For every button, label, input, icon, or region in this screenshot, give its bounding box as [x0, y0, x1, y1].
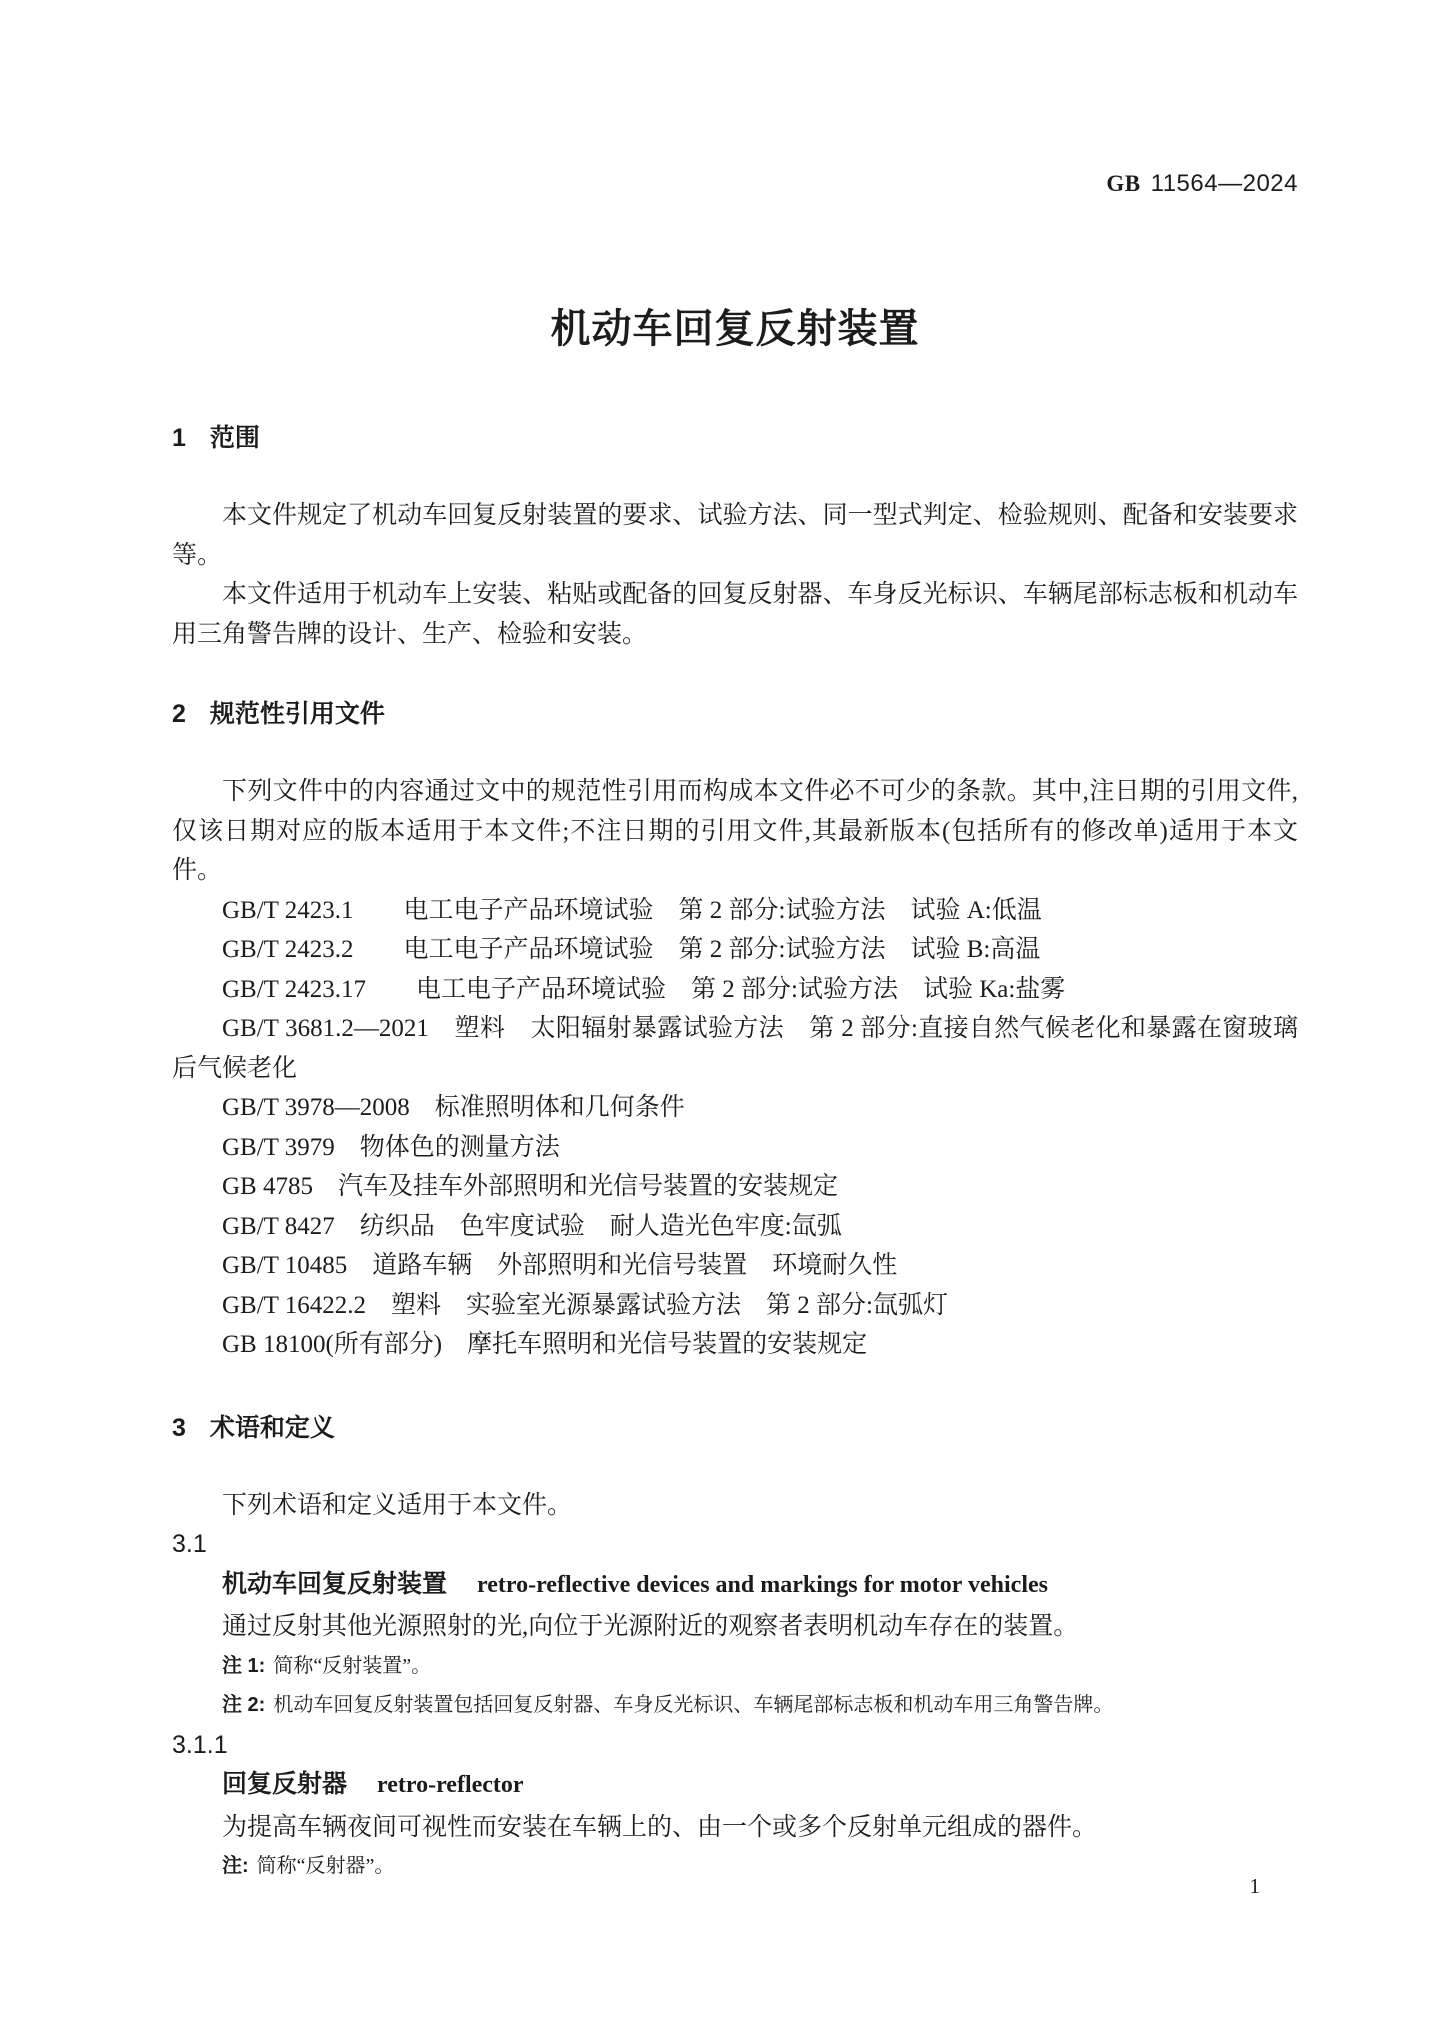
document-page: GB11564—2024 机动车回复反射装置 1范围 本文件规定了机动车回复反射… [0, 0, 1445, 2044]
scope-paragraph-1: 本文件规定了机动车回复反射装置的要求、试验方法、同一型式判定、检验规则、配备和安… [172, 496, 1298, 575]
section-1-title: 范围 [210, 424, 260, 452]
note-2-label: 注 2: [222, 1694, 265, 1716]
term-chinese: 回复反射器 [222, 1770, 347, 1798]
section-3-number: 3 [172, 1413, 186, 1443]
page-content: GB11564—2024 机动车回复反射装置 1范围 本文件规定了机动车回复反射… [172, 0, 1298, 1887]
reference-item: GB 18100(所有部分) 摩托车照明和光信号装置的安装规定 [172, 1325, 1298, 1365]
term-definition-3-1-1: 为提高车辆夜间可视性而安装在车辆上的、由一个或多个反射单元组成的器件。 [172, 1808, 1298, 1848]
note-2: 注 2:机动车回复反射装置包括回复反射器、车身反光标识、车辆尾部标志板和机动车用… [172, 1686, 1298, 1726]
clause-number-3-1: 3.1 [172, 1525, 1298, 1565]
standard-code: GB11564—2024 [172, 0, 1298, 201]
term-line-3-1-1: 回复反射器retro-reflector [172, 1765, 1298, 1808]
note-1-label: 注 1: [222, 1655, 265, 1677]
reference-item: GB/T 2423.17 电工电子产品环境试验 第 2 部分:试验方法 试验 K… [172, 970, 1298, 1010]
reference-item: GB/T 8427 纺织品 色牢度试验 耐人造光色牢度:氙弧 [172, 1207, 1298, 1247]
page-number: 1 [1250, 1872, 1261, 1900]
standard-code-prefix: GB [1106, 171, 1140, 196]
reference-item: GB 4785 汽车及挂车外部照明和光信号装置的安装规定 [172, 1167, 1298, 1207]
term-definition-3-1: 通过反射其他光源照射的光,向位于光源附近的观察者表明机动车存在的装置。 [172, 1607, 1298, 1647]
scope-paragraph-2: 本文件适用于机动车上安装、粘贴或配备的回复反射器、车身反光标识、车辆尾部标志板和… [172, 575, 1298, 654]
references-intro: 下列文件中的内容通过文中的规范性引用而构成本文件必不可少的条款。其中,注日期的引… [172, 772, 1298, 891]
term-line-3-1: 机动车回复反射装置retro-reflective devices and ma… [172, 1565, 1298, 1608]
note-3-1-1: 注:简称“反射器”。 [172, 1847, 1298, 1887]
document-title: 机动车回复反射装置 [172, 301, 1298, 357]
term-chinese: 机动车回复反射装置 [222, 1570, 447, 1598]
section-1-heading: 1范围 [172, 423, 1298, 453]
note-text: 简称“反射器”。 [257, 1855, 395, 1877]
reference-item: GB/T 3681.2—2021 塑料 太阳辐射暴露试验方法 第 2 部分:直接… [172, 1009, 1298, 1088]
reference-item: GB/T 10485 道路车辆 外部照明和光信号装置 环境耐久性 [172, 1246, 1298, 1286]
section-2-title: 规范性引用文件 [210, 700, 385, 728]
clause-number-3-1-1: 3.1.1 [172, 1726, 1298, 1766]
section-2-number: 2 [172, 699, 186, 729]
reference-item: GB/T 2423.2 电工电子产品环境试验 第 2 部分:试验方法 试验 B:… [172, 930, 1298, 970]
reference-item: GB/T 3978—2008 标准照明体和几何条件 [172, 1088, 1298, 1128]
note-1: 注 1:简称“反射装置”。 [172, 1647, 1298, 1687]
note-2-text: 机动车回复反射装置包括回复反射器、车身反光标识、车辆尾部标志板和机动车用三角警告… [273, 1694, 1113, 1716]
reference-item: GB/T 16422.2 塑料 实验室光源暴露试验方法 第 2 部分:氙弧灯 [172, 1286, 1298, 1326]
note-1-text: 简称“反射装置”。 [273, 1655, 431, 1677]
terms-intro: 下列术语和定义适用于本文件。 [172, 1486, 1298, 1526]
reference-item: GB/T 3979 物体色的测量方法 [172, 1128, 1298, 1168]
standard-code-number: 11564—2024 [1151, 170, 1298, 197]
section-3-heading: 3术语和定义 [172, 1413, 1298, 1443]
reference-item: GB/T 2423.1 电工电子产品环境试验 第 2 部分:试验方法 试验 A:… [172, 891, 1298, 931]
section-3-title: 术语和定义 [210, 1414, 335, 1442]
section-1-number: 1 [172, 423, 186, 453]
term-english: retro-reflector [377, 1772, 524, 1798]
section-2-heading: 2规范性引用文件 [172, 699, 1298, 729]
note-label: 注: [222, 1855, 249, 1877]
term-english: retro-reflective devices and markings fo… [477, 1572, 1048, 1598]
